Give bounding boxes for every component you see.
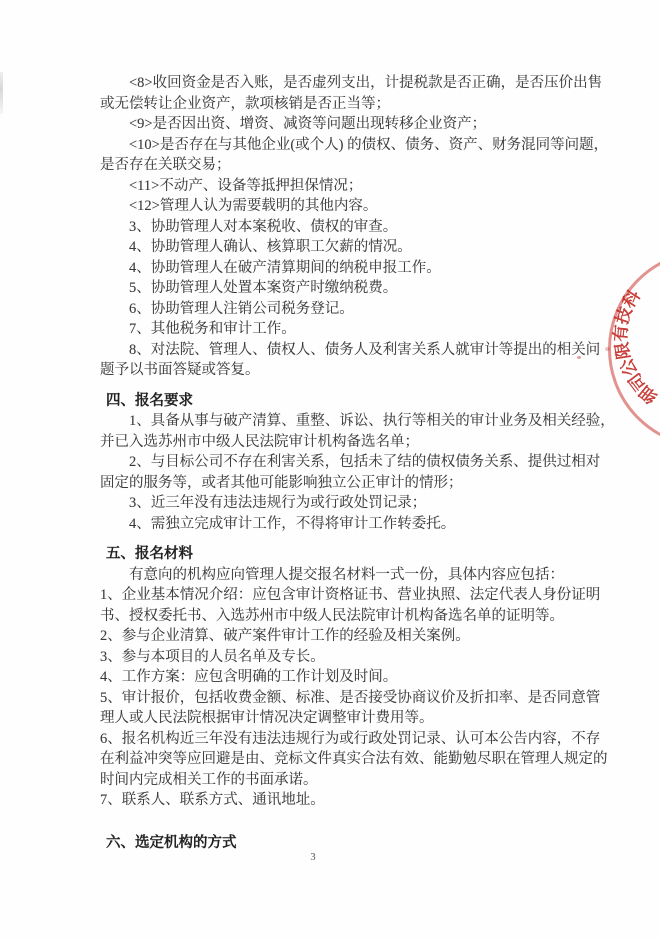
text-line: 1、具备从事与破产清算、重整、诉讼、执行等相关的审计业务及相关经验， [100, 411, 616, 432]
text-line: 6、协助管理人注销公司税务登记。 [100, 299, 616, 320]
text-line: 4、协助管理人确认、核算职工欠薪的情况。 [100, 237, 616, 258]
text-line: 5、审计报价，包括收费金额、标准、是否接受协商议价及折扣率、是否同意管 [100, 688, 616, 709]
page-number: 3 [303, 852, 323, 863]
scan-artifact [0, 72, 3, 114]
seal-character: 司 [621, 369, 651, 398]
text-line: 理人或人民法院根据审计情况决定调整审计费用等。 [100, 708, 616, 729]
text-line: 8、对法院、管理人、债权人、债务人及利害关系人就审计等提出的相关问 [100, 340, 616, 361]
text-line: 时间内完成相关工作的书面承诺。 [100, 770, 616, 791]
text-line: 7、其他税务和审计工作。 [100, 319, 616, 340]
text-line: 题予以书面答疑或答复。 [100, 360, 616, 381]
text-line: 4、需独立完成审计工作，不得将审计工作转委托。 [100, 514, 616, 535]
document-body: <8>收回资金是否入账，是否虚列支出，计提税款是否正确，是否压价出售或无偿转让企… [100, 73, 616, 853]
text-line: 2、与目标公司不存在利害关系，包括未了结的债权债务关系、提供过相对 [100, 452, 616, 473]
text-line: 6、报名机构近三年没有违法违规行为或行政处罚记录、认可本公告内容，不存 [100, 729, 616, 750]
text-line: 4、工作方案：应包含明确的工作计划及时间。 [100, 667, 616, 688]
text-line: 有意向的机构应向管理人提交报名材料一式一份，具体内容应包括： [100, 565, 616, 586]
seal-character: 科 [615, 284, 645, 312]
section-heading: 四、报名要求 [100, 391, 616, 412]
text-line: <10>是否存在与其他企业(或个人) 的债权、债务、资产、财务混同等问题， [100, 135, 616, 156]
text-line: 3、参与本项目的人员名单及专长。 [100, 647, 616, 668]
text-line: <11>不动产、设备等抵押担保情况； [100, 176, 616, 197]
section-heading: 六、选定机构的方式 [100, 833, 616, 854]
text-line: 3、协助管理人对本案税收、债权的审查。 [100, 217, 616, 238]
text-line: 并已入选苏州市中级人民法院审计机构备选名单； [100, 432, 616, 453]
text-line: 或无偿转让企业资产，款项核销是否正当等； [100, 94, 616, 115]
text-line: 固定的服务等，或者其他可能影响独立公正审计的情形； [100, 473, 616, 494]
text-line: 5、协助管理人处置本案资产时缴纳税费。 [100, 278, 616, 299]
text-line: 书、授权委托书、入选苏州市中级人民法院审计机构备选名单的证明等。 [100, 606, 616, 627]
text-line: 是否存在关联交易； [100, 155, 616, 176]
text-line: <12>管理人认为需要载明的其他内容。 [100, 196, 616, 217]
section-heading: 五、报名材料 [100, 544, 616, 565]
seal-character: 公 [612, 355, 642, 380]
text-line: <8>收回资金是否入账，是否虚列支出，计提税款是否正确，是否压价出售 [100, 73, 616, 94]
text-line: 7、联系人、联系方式、通讯地址。 [100, 790, 616, 811]
seal-character: 细 [633, 381, 660, 411]
text-line: 1、企业基本情况介绍：应包含审计资格证书、营业执照、法定代表人身份证明 [100, 585, 616, 606]
text-line: 3、近三年没有违法违规行为或行政处罚记录； [100, 493, 616, 514]
text-line: 在利益冲突等应回避是由、竞标文件真实合法有效、能勤勉尽职在管理人规定的 [100, 749, 616, 770]
text-line: 4、协助管理人在破产清算期间的纳税申报工作。 [100, 258, 616, 279]
text-line: 2、参与企业清算、破产案件审计工作的经验及相关案例。 [100, 626, 616, 647]
text-line: <9>是否因出资、增资、减资等问题出现转移企业资产； [100, 114, 616, 135]
document-page: <8>收回资金是否入账，是否虚列支出，计提税款是否正确，是否压价出售或无偿转让企… [0, 0, 660, 940]
